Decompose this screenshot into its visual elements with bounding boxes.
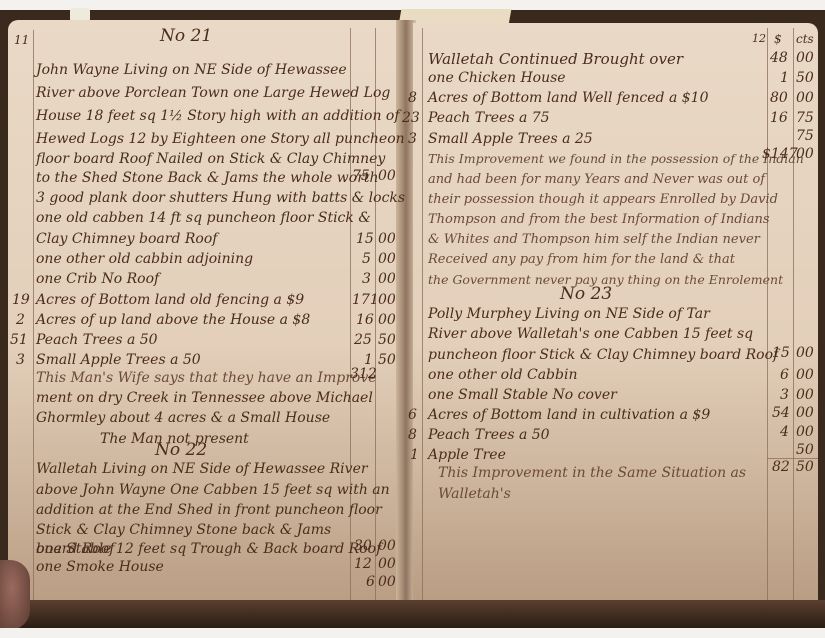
ledger-line: Stick & Clay Chimney Stone back & Jams bbox=[36, 522, 331, 538]
amount-cents: 00 bbox=[796, 345, 814, 361]
amount-cents: 00 bbox=[378, 251, 396, 267]
entry-heading-21: No 21 bbox=[160, 26, 212, 46]
quantity: 1 bbox=[410, 447, 419, 463]
total-dollars: 82 bbox=[772, 459, 790, 475]
amount-dollars: 16 bbox=[770, 110, 788, 126]
ledger-line: Walletah Living on NE Side of Hewassee R… bbox=[36, 461, 368, 477]
ledger-line: Peach Trees a 75 bbox=[428, 110, 550, 126]
amount-cents: 75 bbox=[796, 110, 814, 126]
amount-dollars: 1 bbox=[780, 70, 789, 86]
total-cents: 00 bbox=[796, 146, 814, 162]
amount-cents: 00 bbox=[378, 574, 396, 590]
amount-dollars: 25 bbox=[354, 332, 372, 348]
ledger-line: Acres of Bottom land old fencing a $9 bbox=[36, 292, 304, 308]
ledger-line: Acres of Bottom land in cultivation a $9 bbox=[428, 407, 710, 423]
ledger-line: This Improvement in the Same Situation a… bbox=[438, 465, 746, 481]
ledger-line: This Improvement we found in the possess… bbox=[428, 151, 804, 166]
left-margin-rule bbox=[33, 30, 34, 608]
right-margin-rule bbox=[422, 28, 423, 603]
amount-dollars: 30 bbox=[354, 538, 372, 554]
amount-dollars: 80 bbox=[770, 90, 788, 106]
ledger-line: Thompson and from the best Information o… bbox=[428, 212, 770, 227]
ledger-line: Clay Chimney board Roof bbox=[36, 231, 217, 247]
ledger-line: their possession though it appears Enrol… bbox=[428, 192, 778, 207]
amount-dollars: 6 bbox=[780, 367, 789, 383]
amount-dollars: 15 bbox=[772, 345, 790, 361]
ledger-line: addition at the End Shed in front punche… bbox=[36, 502, 382, 518]
ledger-line: Polly Murphey Living on NE Side of Tar bbox=[428, 306, 710, 322]
amount-dollars: 12 bbox=[354, 556, 372, 572]
ledger-line: Small Apple Trees a 25 bbox=[428, 131, 593, 147]
amount-dollars: 4 bbox=[780, 424, 789, 440]
amount-cents: 00 bbox=[378, 271, 396, 287]
ledger-line: River above Walletah's one Cabben 15 fee… bbox=[428, 326, 753, 342]
amount-dollars: 75 bbox=[352, 168, 370, 184]
amount-dollars: 5 bbox=[362, 251, 371, 267]
entry-heading-23: No 23 bbox=[560, 284, 612, 304]
ledger-line: Peach Trees a 50 bbox=[428, 427, 550, 443]
amount-dollars: 3 bbox=[362, 271, 371, 287]
quantity: 3 bbox=[16, 352, 25, 368]
entry-heading-22: No 22 bbox=[155, 440, 207, 460]
book-bottom-shadow bbox=[0, 600, 825, 628]
amount-cents: 00 bbox=[796, 387, 814, 403]
ledger-line: one old cabben 14 ft sq puncheon floor S… bbox=[36, 210, 371, 226]
amount-dollars: 3 bbox=[780, 387, 789, 403]
amount-cents: 00 bbox=[378, 312, 396, 328]
ledger-line: one other old cabbin adjoining bbox=[36, 251, 253, 267]
quantity: 8 bbox=[408, 90, 417, 106]
ledger-line: one Crib No Roof bbox=[36, 271, 159, 287]
quantity: 3 bbox=[408, 131, 417, 147]
ledger-line: Walletah Continued Brought over bbox=[428, 50, 683, 68]
amount-cents: 00 bbox=[378, 556, 396, 572]
ledger-line: Apple Tree bbox=[428, 447, 506, 463]
ledger-line: Acres of up land above the House a $8 bbox=[36, 312, 310, 328]
amount-cents: 00 bbox=[796, 405, 814, 421]
ledger-line: above John Wayne One Cabben 15 feet sq w… bbox=[36, 482, 390, 498]
quantity: 6 bbox=[408, 407, 417, 423]
right-dollar-rule bbox=[767, 28, 768, 603]
quantity: 19 bbox=[12, 292, 30, 308]
ledger-line: Acres of Bottom land Well fenced a $10 bbox=[428, 90, 708, 106]
ledger-line: one Smoke House bbox=[36, 559, 164, 575]
ledger-line: one Chicken House bbox=[428, 70, 566, 86]
quantity: 23 bbox=[402, 110, 420, 126]
cents-column-header: cts bbox=[796, 32, 814, 46]
amount-cents: 50 bbox=[796, 70, 814, 86]
amount-cents: 00 bbox=[378, 292, 396, 308]
ledger-line: one Small Stable No cover bbox=[428, 387, 617, 403]
amount-dollars: 54 bbox=[772, 405, 790, 421]
amount-dollars: 48 bbox=[770, 50, 788, 66]
thumb-holding-page bbox=[0, 560, 30, 630]
right-page-number: 12 bbox=[752, 32, 766, 45]
dollar-column-header: $ bbox=[774, 32, 782, 46]
total-cents: 50 bbox=[796, 459, 814, 475]
left-page-number: 11 bbox=[14, 33, 29, 47]
amount-cents: 50 bbox=[378, 352, 396, 368]
right-cents-rule bbox=[793, 28, 794, 603]
ledger-line: Hewed Logs 12 by Eighteen one Story all … bbox=[36, 131, 405, 147]
amount-dollars: 6 bbox=[366, 574, 375, 590]
ledger-line: Small Apple Trees a 50 bbox=[36, 352, 201, 368]
ledger-line: House 18 feet sq 1½ Story high with an a… bbox=[36, 108, 400, 124]
amount-dollars: 171 bbox=[352, 292, 379, 308]
ledger-line: ment on dry Creek in Tennessee above Mic… bbox=[36, 390, 373, 406]
ledger-line: one Stable 12 feet sq Trough & Back boar… bbox=[36, 541, 381, 557]
ledger-line: floor board Roof Nailed on Stick & Clay … bbox=[36, 151, 385, 167]
amount-cents: 75 bbox=[796, 128, 814, 144]
amount-cents: 00 bbox=[796, 424, 814, 440]
amount-dollars: 15 bbox=[356, 231, 374, 247]
amount-dollars: 16 bbox=[356, 312, 374, 328]
ledger-line: Received any pay from him for the land &… bbox=[428, 252, 735, 267]
amount-cents: 00 bbox=[796, 50, 814, 66]
ledger-line: Walletah's bbox=[438, 486, 511, 502]
ledger-line: This Man's Wife says that they have an I… bbox=[36, 370, 377, 386]
ledger-line: Ghormley about 4 acres & a Small House bbox=[36, 410, 330, 426]
amount-cents: 00 bbox=[378, 231, 396, 247]
ledger-line: John Wayne Living on NE Side of Hewassee bbox=[36, 62, 347, 78]
amount-cents: 00 bbox=[378, 168, 396, 184]
total-dollars: $147 bbox=[762, 146, 798, 162]
ledger-line: River above Porclean Town one Large Hewe… bbox=[36, 85, 390, 101]
amount-cents: 50 bbox=[796, 442, 814, 458]
quantity: 2 bbox=[16, 312, 25, 328]
quantity: 8 bbox=[408, 427, 417, 443]
ledger-line: Peach Trees a 50 bbox=[36, 332, 158, 348]
ledger-line: and had been for many Years and Never wa… bbox=[428, 172, 765, 187]
amount-cents: 50 bbox=[378, 332, 396, 348]
ledger-line: one other old Cabbin bbox=[428, 367, 577, 383]
amount-cents: 00 bbox=[378, 538, 396, 554]
subtotal-dollars: 312 bbox=[350, 366, 377, 382]
ledger-line: 3 good plank door shutters Hung with bat… bbox=[36, 190, 405, 206]
ledger-line: & Whites and Thompson him self the India… bbox=[428, 232, 760, 247]
amount-cents: 00 bbox=[796, 90, 814, 106]
photo-bottom-margin bbox=[0, 628, 825, 638]
amount-cents: 00 bbox=[796, 367, 814, 383]
ledger-line: puncheon floor Stick & Clay Chimney boar… bbox=[428, 347, 778, 363]
ledger-line: to the Shed Stone Back & Jams the whole … bbox=[36, 170, 379, 186]
quantity: 51 bbox=[10, 332, 28, 348]
